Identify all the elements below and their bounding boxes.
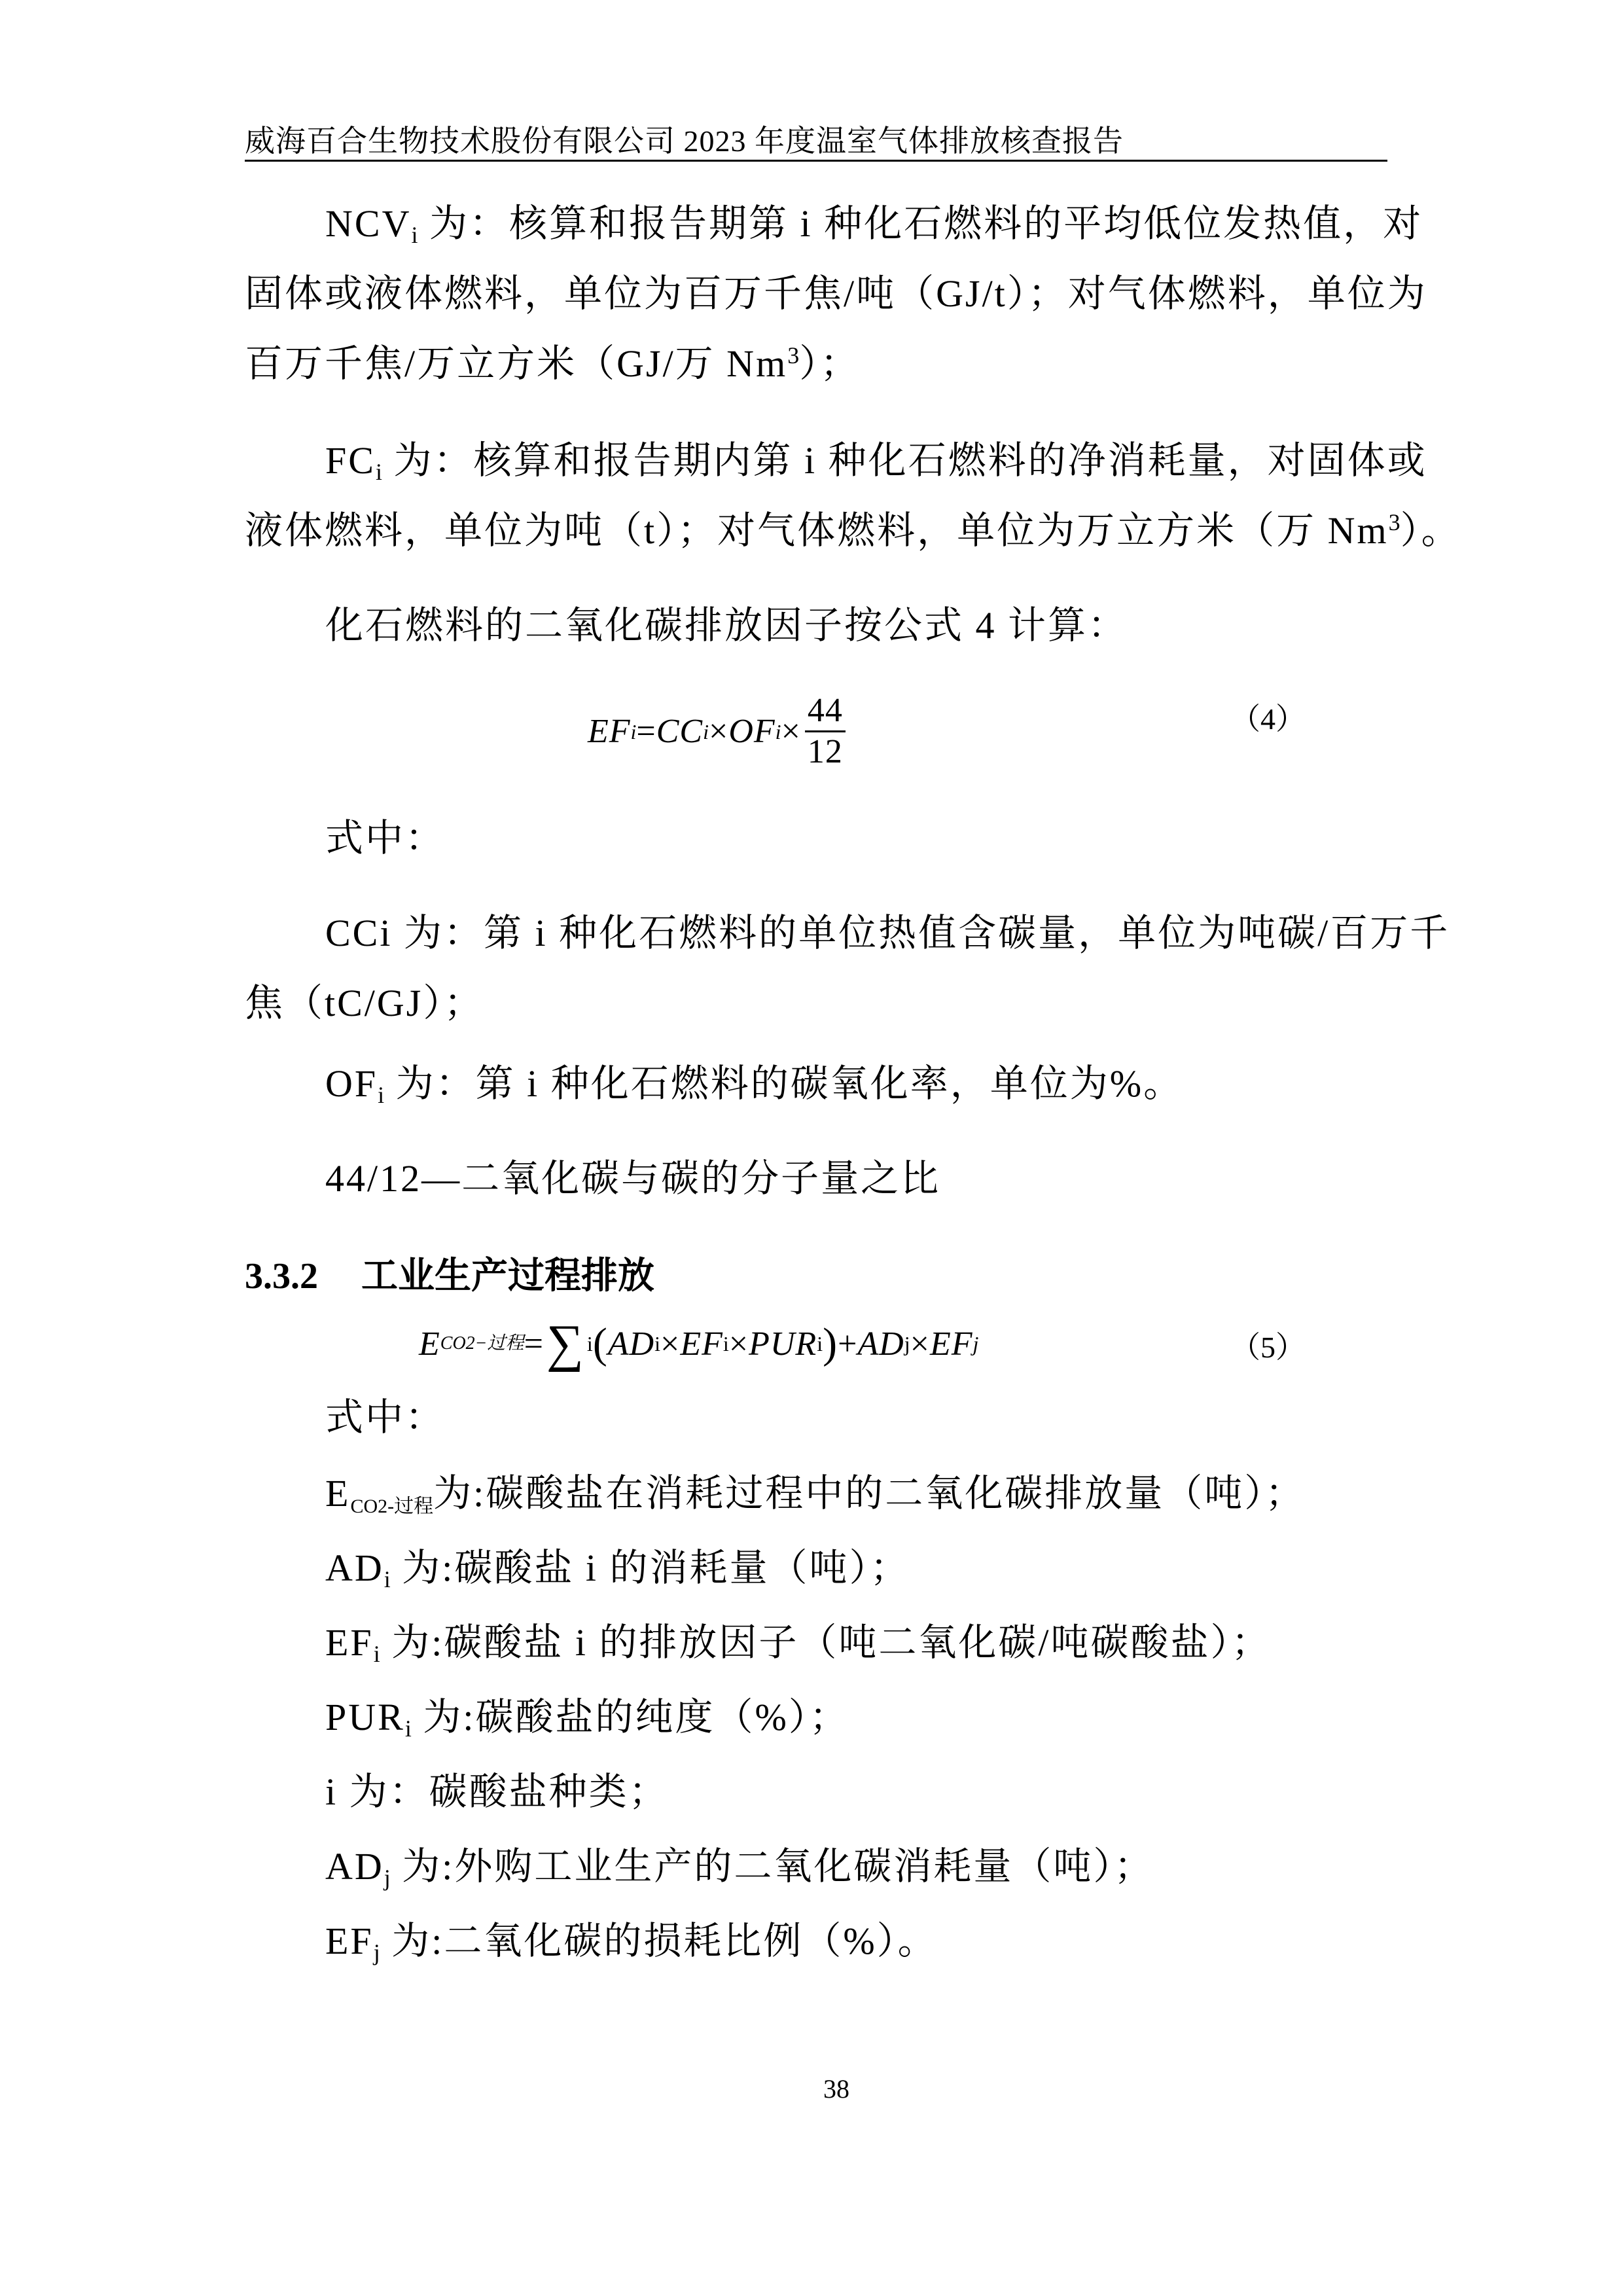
adi-definition: ADi 为:碳酸盐 i 的消耗量（吨）； xyxy=(325,1545,910,1592)
cc-definition-line-2: 焦（tC/GJ）； xyxy=(245,980,484,1027)
formula-times: × xyxy=(781,712,801,751)
where-label-2: 式中： xyxy=(325,1394,445,1441)
fc-definition-line-2: 液体燃料，单位为吨（t）；对气体燃料，单位为万立方米（万 Nm3）。 xyxy=(245,507,1461,554)
pur-definition: PURi 为:碳酸盐的纯度（%）； xyxy=(325,1694,849,1741)
cc-definition-line-1: CCi 为：第 i 种化石燃料的单位热值含碳量，单位为吨碳/百万千 xyxy=(325,910,1450,957)
of-subscript: i xyxy=(378,1082,384,1108)
fc-end: ）。 xyxy=(1400,509,1461,552)
formula-times: × xyxy=(709,712,728,751)
pur-subscript: i xyxy=(405,1715,412,1742)
formula-equals: = xyxy=(524,1325,544,1363)
fc-definition-line-1: FCi 为：核算和报告期内第 i 种化石燃料的净消耗量，对固体或 xyxy=(325,437,1427,484)
adi-subscript: i xyxy=(384,1566,391,1592)
pur-text: 为:碳酸盐的纯度（%）； xyxy=(412,1696,849,1738)
e-subscript: CO2-过程 xyxy=(350,1496,433,1517)
efj-symbol: EF xyxy=(325,1920,374,1962)
adj-definition: ADj 为:外购工业生产的二氧化碳消耗量（吨）； xyxy=(325,1843,1154,1890)
of-definition: OFi 为：第 i 种化石燃料的碳氧化率，单位为%。 xyxy=(325,1060,1183,1107)
efi-subscript: i xyxy=(374,1641,380,1667)
header-rule xyxy=(245,160,1387,162)
fraction-44-12: 44 12 xyxy=(805,692,846,770)
ncv-text: 为：核算和报告期第 i 种化石燃料的平均低位发热值，对 xyxy=(418,202,1423,245)
fc-subscript: i xyxy=(376,459,382,485)
formula-4: EFi = CCi × OFi × 44 12 xyxy=(588,692,846,770)
adj-symbol: AD xyxy=(325,1845,384,1888)
efi-text: 为:碳酸盐 i 的排放因子（吨二氧化碳/吨碳酸盐）； xyxy=(380,1621,1272,1664)
superscript: 3 xyxy=(1389,509,1400,535)
ncv-symbol: NCV xyxy=(325,202,411,245)
i-definition: i 为：碳酸盐种类； xyxy=(325,1768,669,1816)
formula-of: OF xyxy=(728,712,775,751)
section-heading: 3.3.2工业生产过程排放 xyxy=(245,1253,654,1300)
formula-equals: = xyxy=(636,712,656,751)
ncv-subscript: i xyxy=(411,222,418,248)
formula-times: × xyxy=(910,1325,930,1363)
fc-unit-text: 液体燃料，单位为吨（t）；对气体燃料，单位为万立方米（万 Nm xyxy=(245,509,1389,552)
formula-5: ECO2−过程 = ∑i ( ADi × EFi × PURi ) + ADj … xyxy=(419,1319,978,1369)
running-header: 威海百合生物技术股份有限公司 2023 年度温室气体排放核查报告 xyxy=(245,123,1124,160)
formula-ad: AD xyxy=(857,1325,904,1363)
formula-times: × xyxy=(729,1325,749,1363)
formula-plus: + xyxy=(838,1325,857,1363)
ef-intro: 化石燃料的二氧化碳排放因子按公式 4 计算： xyxy=(325,602,1128,649)
adj-text: 为:外购工业生产的二氧化碳消耗量（吨）； xyxy=(391,1845,1154,1888)
fc-symbol: FC xyxy=(325,439,376,482)
ratio-note: 44/12—二氧化碳与碳的分子量之比 xyxy=(325,1155,940,1202)
efj-text: 为:二氧化碳的损耗比例（%）。 xyxy=(380,1920,938,1962)
summation-icon: ∑ xyxy=(546,1324,584,1363)
ncv-definition-line-2: 固体或液体燃料，单位为百万千焦/吨（GJ/t）；对气体燃料，单位为 xyxy=(245,270,1427,317)
adi-text: 为:碳酸盐 i 的消耗量（吨）； xyxy=(391,1547,910,1589)
ncv-end: ）； xyxy=(799,342,860,385)
adi-symbol: AD xyxy=(325,1547,384,1589)
ncv-unit-text: 百万千焦/万立方米（GJ/万 Nm xyxy=(245,342,787,385)
formula-ef: EF xyxy=(588,712,631,751)
equation-number-4: （4） xyxy=(1230,695,1306,738)
efi-definition: EFi 为:碳酸盐 i 的排放因子（吨二氧化碳/吨碳酸盐）； xyxy=(325,1619,1272,1666)
fraction-numerator: 44 xyxy=(805,692,846,732)
equation-number-5: （5） xyxy=(1230,1323,1306,1367)
e-symbol: E xyxy=(325,1472,350,1515)
superscript: 3 xyxy=(787,342,799,368)
formula-ef: EF xyxy=(680,1325,723,1363)
formula-ef: EF xyxy=(930,1325,973,1363)
section-number: 3.3.2 xyxy=(245,1253,361,1300)
e-text: 为:碳酸盐在消耗过程中的二氧化碳排放量（吨）； xyxy=(433,1472,1305,1515)
adj-subscript: j xyxy=(384,1865,391,1891)
of-text: 为：第 i 种化石燃料的碳氧化率，单位为%。 xyxy=(384,1062,1183,1105)
left-paren: ( xyxy=(593,1319,608,1369)
efi-symbol: EF xyxy=(325,1621,374,1664)
formula-times: × xyxy=(660,1325,680,1363)
right-paren: ) xyxy=(823,1319,838,1369)
efj-definition: EFj 为:二氧化碳的损耗比例（%）。 xyxy=(325,1918,938,1965)
fraction-denominator: 12 xyxy=(808,732,843,770)
e-definition: ECO2-过程为:碳酸盐在消耗过程中的二氧化碳排放量（吨）； xyxy=(325,1470,1305,1517)
page-number: 38 xyxy=(823,2073,849,2104)
formula-e: E xyxy=(419,1325,440,1363)
ncv-definition-line-3: 百万千焦/万立方米（GJ/万 Nm3）； xyxy=(245,340,860,387)
formula-ad: AD xyxy=(608,1325,654,1363)
formula-cc: CC xyxy=(656,712,703,751)
of-symbol: OF xyxy=(325,1062,378,1105)
where-label-1: 式中： xyxy=(325,815,445,862)
fc-text: 为：核算和报告期内第 i 种化石燃料的净消耗量，对固体或 xyxy=(382,439,1427,482)
formula-pur: PUR xyxy=(749,1325,817,1363)
ncv-definition-line-1: NCVi 为：核算和报告期第 i 种化石燃料的平均低位发热值，对 xyxy=(325,200,1423,247)
section-title: 工业生产过程排放 xyxy=(361,1256,654,1297)
pur-symbol: PUR xyxy=(325,1696,405,1738)
efj-subscript: j xyxy=(374,1939,380,1965)
